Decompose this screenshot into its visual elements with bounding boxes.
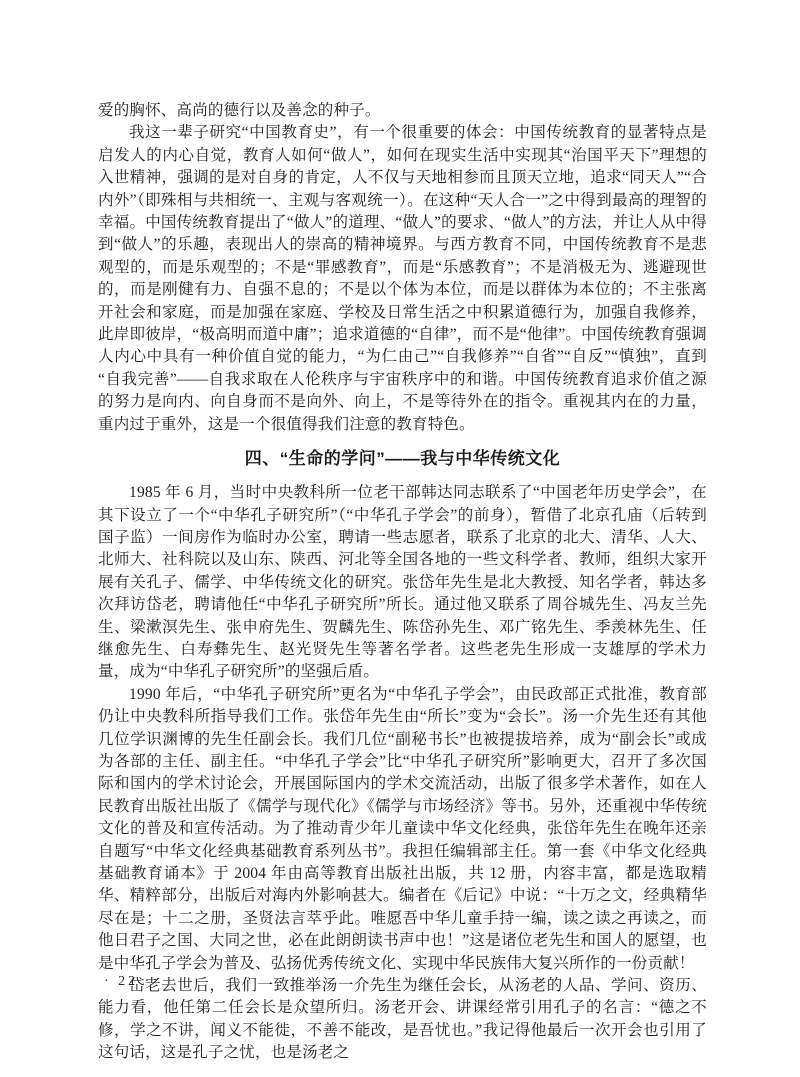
page-number: · 22 · bbox=[104, 973, 152, 991]
book-page: 爱的胸怀、高尚的德行以及善念的种子。我这一辈子研究“中国教育史”，有一个很重要的… bbox=[0, 0, 800, 1077]
paragraph: 岱老去世后，我们一致推举汤一介先生为继任会长，从汤老的人品、学问、资历、能力看，… bbox=[98, 975, 707, 1065]
paragraph: 1990 年后，“中华孔子研究所”更名为“中华孔子学会”，由民政部正式批准，教育… bbox=[98, 684, 707, 975]
body-paragraphs-before-heading: 爱的胸怀、高尚的德行以及善念的种子。我这一辈子研究“中国教育史”，有一个很重要的… bbox=[98, 100, 707, 436]
text-block: 爱的胸怀、高尚的德行以及善念的种子。我这一辈子研究“中国教育史”，有一个很重要的… bbox=[98, 100, 707, 1065]
paragraph: 我这一辈子研究“中国教育史”，有一个很重要的体会：中国传统教育的显著特点是启发人… bbox=[98, 122, 707, 436]
paragraph: 1985 年 6 月，当时中央教科所一位老干部韩达同志联系了“中国老年历史学会”… bbox=[98, 482, 707, 684]
body-paragraphs-after-heading: 1985 年 6 月，当时中央教科所一位老干部韩达同志联系了“中国老年历史学会”… bbox=[98, 482, 707, 1065]
section-heading: 四、“生命的学问”——我与中华传统文化 bbox=[98, 447, 707, 470]
paragraph: 爱的胸怀、高尚的德行以及善念的种子。 bbox=[98, 100, 707, 122]
